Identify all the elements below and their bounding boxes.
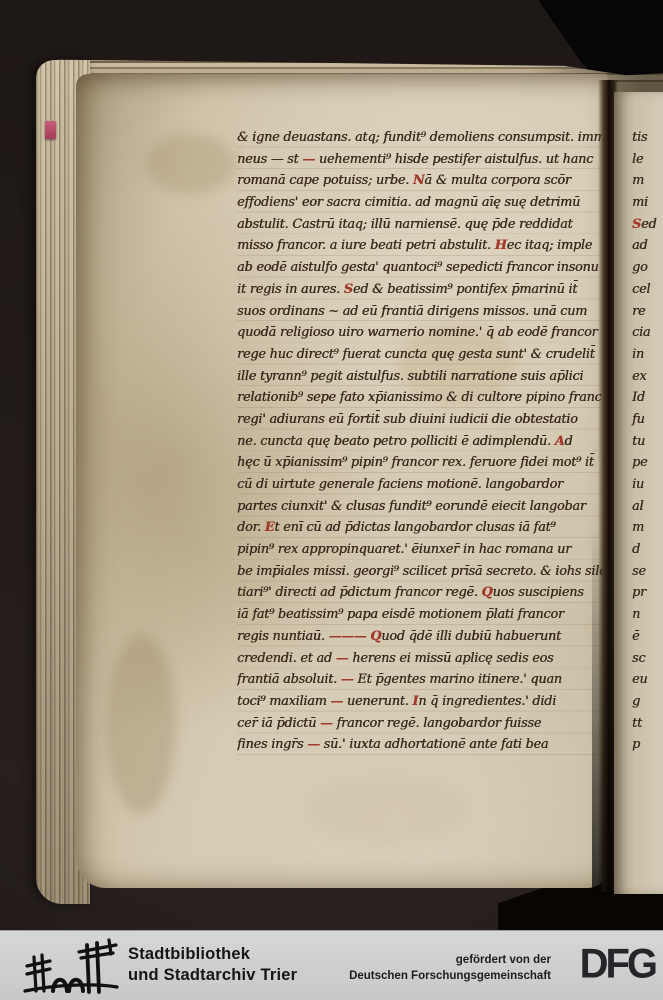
manuscript-line: hęc ū xp̄ianissim⁹ pipin⁹ francor rex. f…	[237, 452, 609, 474]
manuscript-line: pe	[632, 452, 663, 474]
manuscript-line: re	[632, 301, 663, 323]
manuscript-line: iā fat⁹ beatissim⁹ papa eisdē motionem p…	[237, 604, 609, 626]
manuscript-line: partes ciunxit' & clusas fundit⁹ eorundē…	[237, 496, 609, 518]
manuscript-line: it regis in aures. Sed & beatissim⁹ pont…	[237, 279, 609, 301]
funding-line2: Deutschen Forschungsgemeinschaft	[349, 968, 551, 984]
dfg-logo: DFG	[580, 941, 655, 988]
manuscript-line: m	[632, 517, 663, 539]
manuscript-line: Id	[632, 387, 663, 409]
manuscript-line: dor. Et enī cū ad p̄dictas langobardor c…	[237, 517, 609, 539]
manuscript-line: quodā religioso uiro warnerio nomine.' q…	[237, 322, 609, 344]
manuscript-line: romanā cape potuiss; urbe. Nā & multa co…	[237, 170, 609, 192]
manuscript-line: tiari⁹' directi ad p̄dictum francor regē…	[237, 582, 609, 604]
manuscript-line: credendi. et ad — herens ei missū aplicę…	[237, 648, 609, 670]
funding-credit: gefördert von der Deutschen Forschungsge…	[349, 952, 551, 984]
manuscript-line: go	[632, 257, 663, 279]
manuscript-photo: & igne deuastans. atq; fundit⁹ demoliens…	[0, 0, 663, 1000]
manuscript-line: tis	[632, 127, 663, 149]
manuscript-line: ne. cuncta quę beato petro polliciti ē a…	[237, 431, 609, 453]
manuscript-line: g	[632, 691, 663, 713]
manuscript-line: ab eodē aistulfo gesta' quantoci⁹ sepedi…	[237, 257, 609, 279]
manuscript-line: ex	[632, 366, 663, 388]
manuscript-line: iu	[632, 474, 663, 496]
manuscript-line: cū di uirtute generale faciens motionē. …	[237, 474, 609, 496]
manuscript-line: & igne deuastans. atq; fundit⁹ demoliens…	[237, 127, 609, 149]
manuscript-line: pipin⁹ rex appropinquaret.' ēiunxer̄ in …	[237, 539, 609, 561]
facing-page-fragments: tislemmiSedadgocelreciainexIdfutupeiualm…	[632, 127, 663, 756]
manuscript-line: ille tyrann⁹ pegit aistulfus. subtili na…	[237, 366, 609, 388]
manuscript-line: tt	[632, 713, 663, 735]
parchment-stain	[146, 134, 236, 194]
manuscript-line: effodiens' eor sacra cimitia. ad magnū a…	[237, 192, 609, 214]
library-name-line2: und Stadtarchiv Trier	[128, 965, 297, 986]
manuscript-line: cer̄ iā p̄dictū — francor regē. langobar…	[237, 713, 609, 735]
manuscript-line: p	[632, 734, 663, 756]
library-name-line1: Stadtbibliothek	[128, 944, 297, 965]
manuscript-line: suos ordinans ~ ad eū frantiā dirigens m…	[237, 301, 609, 323]
library-name: Stadtbibliothek und Stadtarchiv Trier	[128, 944, 297, 986]
manuscript-line: cia	[632, 322, 663, 344]
manuscript-line: sc	[632, 648, 663, 670]
manuscript-line: neus — st — uehementi⁹ hisde pestifer ai…	[237, 149, 609, 171]
manuscript-line: ad	[632, 235, 663, 257]
manuscript-line: m	[632, 170, 663, 192]
manuscript-line: rege huc direct⁹ fuerat cuncta quę gesta…	[237, 344, 609, 366]
manuscript-line: mi	[632, 192, 663, 214]
manuscript-line: fines ingr̄s — sū.' iuxta adhortationē a…	[237, 734, 609, 756]
manuscript-line: regis nuntiaū. ——— Quod q̄dē illi dubiū …	[237, 626, 609, 648]
manuscript-line: in	[632, 344, 663, 366]
manuscript-page-verso: & igne deuastans. atq; fundit⁹ demoliens…	[76, 74, 608, 888]
manuscript-line: be imp̄iales missi. georgi⁹ scilicet prī…	[237, 561, 609, 583]
manuscript-line: ē	[632, 626, 663, 648]
manuscript-line: Sed	[632, 214, 663, 236]
manuscript-line: al	[632, 496, 663, 518]
manuscript-line: d	[632, 539, 663, 561]
manuscript-line: fu	[632, 409, 663, 431]
parchment-stain	[306, 774, 466, 844]
manuscript-line: regi' adiurans eū fortit̄ sub diuini iud…	[237, 409, 609, 431]
manuscript-line: n	[632, 604, 663, 626]
manuscript-line: se	[632, 561, 663, 583]
manuscript-line: frantiā absoluit. — Et p̄gentes marino i…	[237, 669, 609, 691]
manuscript-line: pr	[632, 582, 663, 604]
manuscript-line: cel	[632, 279, 663, 301]
manuscript-line: le	[632, 149, 663, 171]
manuscript-text-block: & igne deuastans. atq; fundit⁹ demoliens…	[237, 127, 609, 756]
funding-line1: gefördert von der	[349, 952, 551, 968]
footer-banner: Stadtbibliothek und Stadtarchiv Trier ge…	[0, 930, 663, 1000]
manuscript-line: toci⁹ maxiliam — uenerunt. In q̄ ingredi…	[237, 691, 609, 713]
manuscript-line: misso francor. a iure beati petri abstul…	[237, 235, 609, 257]
pink-bookmark-tab	[45, 121, 56, 139]
parchment-stain	[106, 634, 176, 814]
manuscript-line: tu	[632, 431, 663, 453]
manuscript-line: eu	[632, 669, 663, 691]
manuscript-line: abstulit. Castrū itaq; illū narniensē. q…	[237, 214, 609, 236]
facing-page-sliver: tislemmiSedadgocelreciainexIdfutupeiualm…	[614, 92, 663, 894]
stadtbibliothek-bridge-logo-icon	[22, 935, 120, 997]
manuscript-line: relationib⁹ sepe fato xp̄ianissimo & di …	[237, 387, 609, 409]
